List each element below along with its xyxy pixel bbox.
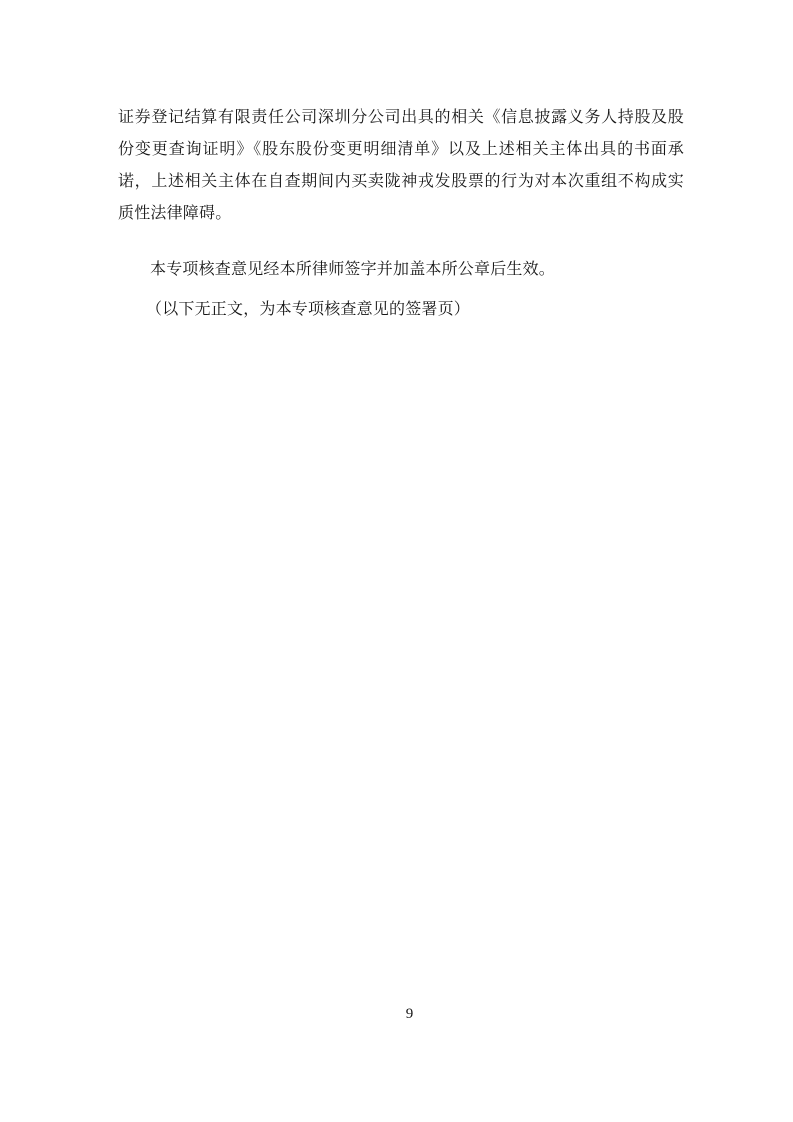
- document-body: 证券登记结算有限责任公司深圳分公司出具的相关《信息披露义务人持股及股份变更查询证…: [118, 102, 684, 326]
- page-number: 9: [0, 1004, 793, 1024]
- paragraph-continuation: 证券登记结算有限责任公司深圳分公司出具的相关《信息披露义务人持股及股份变更查询证…: [118, 102, 684, 230]
- paragraph-signature-note: （以下无正文，为本专项核查意见的签署页）: [118, 294, 684, 326]
- paragraph-effectiveness: 本专项核查意见经本所律师签字并加盖本所公章后生效。: [118, 254, 684, 286]
- document-page: 证券登记结算有限责任公司深圳分公司出具的相关《信息披露义务人持股及股份变更查询证…: [0, 0, 793, 1122]
